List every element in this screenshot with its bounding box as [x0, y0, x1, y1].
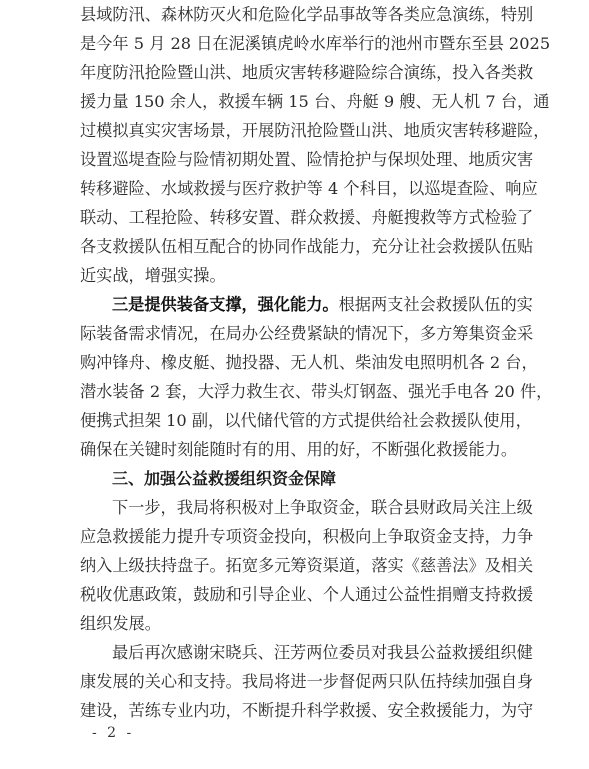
text-line: 确保在关键时刻能随时有的用、用的好，不断强化救援能力。: [80, 435, 522, 464]
paragraph-three-first-line: 三是提供装备支撑，强化能力。根据两支社会救援队伍的实: [112, 290, 522, 319]
text-line: 税收优惠政策，鼓励和引导企业、个人通过公益性捐赠支持救援: [80, 580, 522, 609]
text-line: 联动、工程抢险、转移安置、群众救援、舟艇搜救等方式检验了: [80, 203, 522, 232]
text-line: 转移避险、水域救援与医疗救护等 4 个科目，以巡堤查险、响应: [80, 174, 522, 203]
text-line: 潜水装备 2 套，大浮力救生衣、带头灯钢盔、强光手电各 20 件，: [80, 377, 522, 406]
text-line: 援力量 150 余人，救援车辆 15 台、舟艇 9 艘、无人机 7 台，通: [80, 87, 522, 116]
section-heading: 三、加强公益救援组织资金保障: [112, 464, 522, 493]
text-line: 康发展的关心和支持。我局将进一步督促两只队伍持续加强自身: [80, 667, 522, 696]
text-line: 县域防汛、森林防灭火和危险化学品事故等各类应急演练，特别: [80, 0, 522, 29]
paragraph-lead-bold: 三是提供装备支撑，强化能力。: [112, 295, 339, 314]
text-line: 应急救援能力提升专项资金投向，积极向上争取资金支持，力争: [80, 522, 522, 551]
text-line: 下一步，我局将积极对上争取资金，联合县财政局关注上级: [112, 493, 522, 522]
text-line: 购冲锋舟、橡皮艇、抛投器、无人机、柴油发电照明机各 2 台，: [80, 348, 522, 377]
text-line: 是今年 5 月 28 日在泥溪镇虎岭水库举行的池州市暨东至县 2025: [80, 29, 522, 58]
text-line: 便携式担架 10 副，以代储代管的方式提供给社会救援队使用，: [80, 406, 522, 435]
page-number: - 2 -: [92, 722, 134, 744]
paragraph-text: 根据两支社会救援队伍的实: [339, 295, 533, 314]
text-line: 建设，苦练专业内功，不断提升科学救援、安全救援能力，为守: [80, 696, 522, 725]
text-line: 设置巡堤查险与险情初期处置、险情抢护与保坝处理、地质灾害: [80, 145, 522, 174]
text-line: 纳入上级扶持盘子。拓宽多元筹资渠道，落实《慈善法》及相关: [80, 551, 522, 580]
text-line: 组织发展。: [80, 609, 522, 638]
document-page: 县域防汛、森林防灭火和危险化学品事故等各类应急演练，特别 是今年 5 月 28 …: [0, 0, 589, 769]
text-line: 年度防汛抢险暨山洪、地质灾害转移避险综合演练，投入各类救: [80, 58, 522, 87]
text-line: 际装备需求情况，在局办公经费紧缺的情况下，多方筹集资金采: [80, 319, 522, 348]
text-line: 各支救援队伍相互配合的协同作战能力，充分让社会救援队伍贴: [80, 232, 522, 261]
text-line: 过模拟真实灾害场景，开展防汛抢险暨山洪、地质灾害转移避险，: [80, 116, 522, 145]
text-line: 最后再次感谢宋晓兵、汪芳两位委员对我县公益救援组织健: [112, 638, 522, 667]
text-line: 近实战，增强实操。: [80, 261, 522, 290]
